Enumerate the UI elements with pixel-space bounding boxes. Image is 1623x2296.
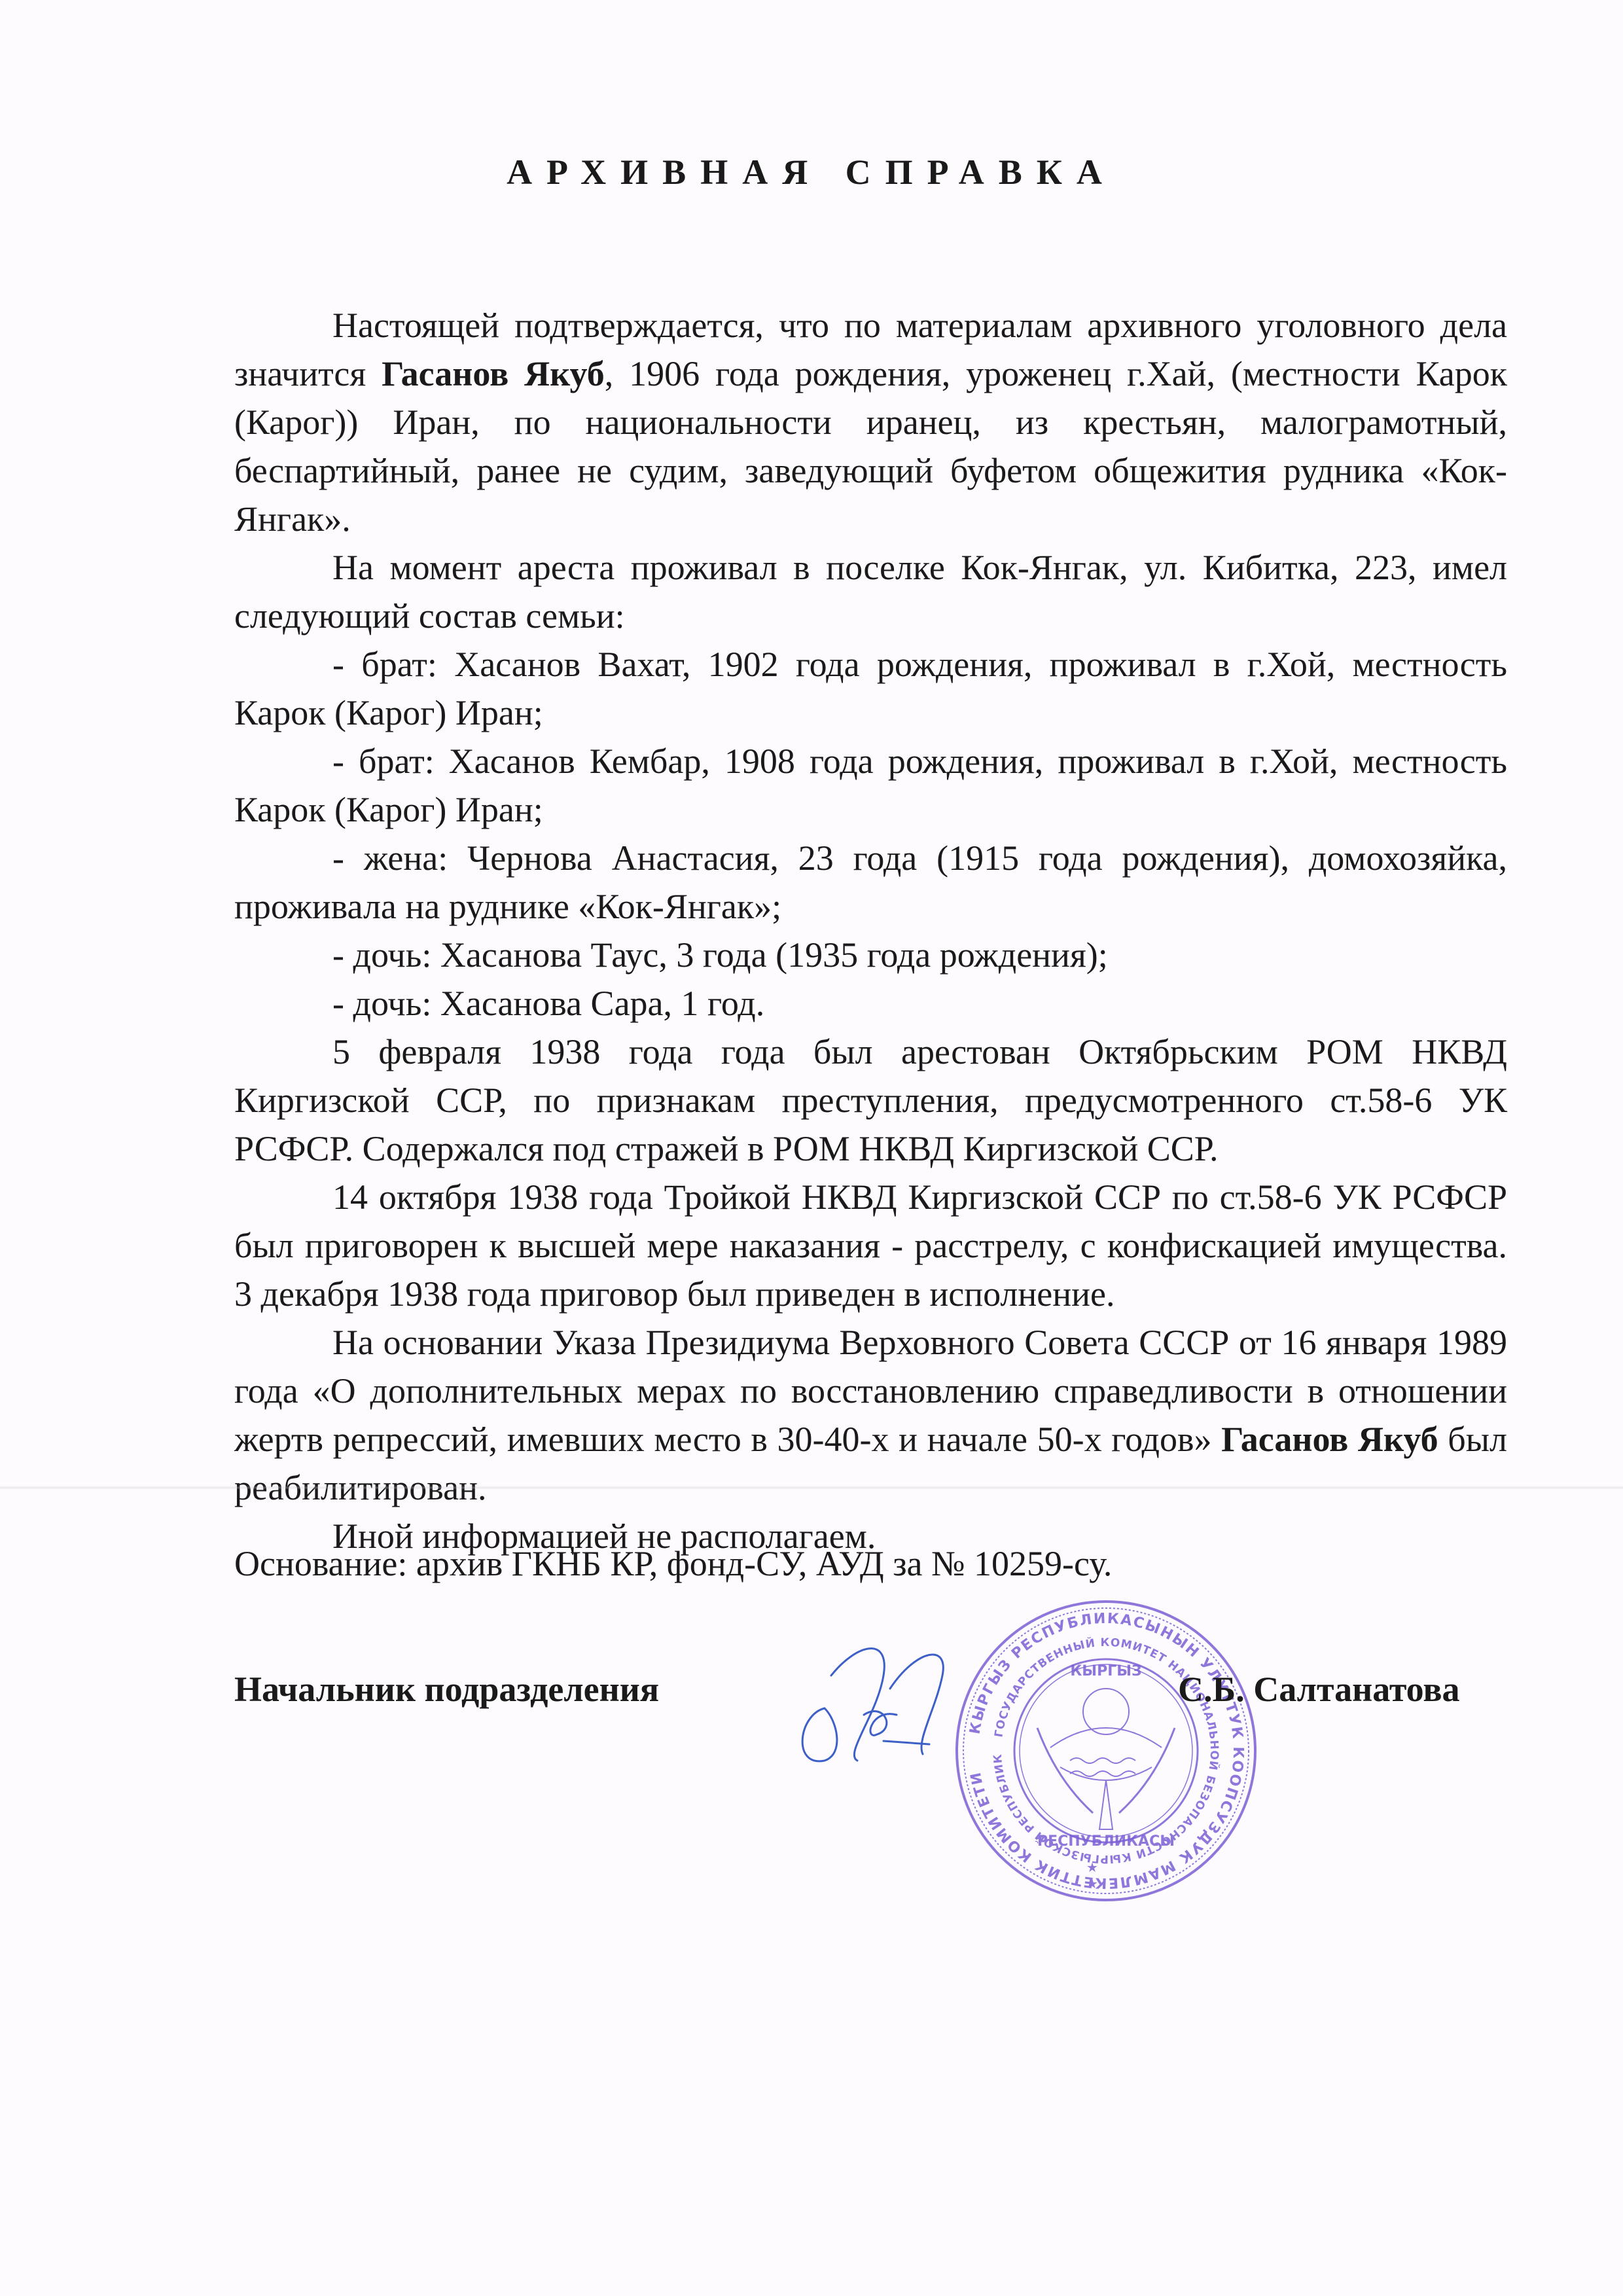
document-paragraph: - дочь: Хасанова Сара, 1 год.	[234, 979, 1507, 1028]
svg-text:РЕСПУБЛИКАСЫ: РЕСПУБЛИКАСЫ	[1037, 1833, 1175, 1850]
handwritten-signature-icon	[785, 1636, 995, 1780]
signer-position: Начальник подразделения	[234, 1669, 659, 1710]
svg-text:★: ★	[1086, 1876, 1098, 1892]
svg-text:★: ★	[1086, 1859, 1098, 1875]
paragraph-text: - дочь: Хасанова Сара, 1 год.	[332, 984, 764, 1023]
document-paragraph: - жена: Чернова Анастасия, 23 года (1915…	[234, 834, 1507, 931]
paragraph-text: - жена: Чернова Анастасия, 23 года (1915…	[234, 838, 1507, 926]
paragraph-text: - брат: Хасанов Кембар, 1908 года рожден…	[234, 742, 1507, 829]
svg-text:КЫРГЫЗ: КЫРГЫЗ	[1070, 1663, 1141, 1679]
document-paragraph: - брат: Хасанов Вахат, 1902 года рождени…	[234, 640, 1507, 737]
signer-name: С.Б. Салтанатова	[1178, 1669, 1460, 1710]
document-body: Настоящей подтверждается, что по материа…	[234, 301, 1507, 1560]
document-paragraph: Настоящей подтверждается, что по материа…	[234, 301, 1507, 543]
document-paragraph: На основании Указа Президиума Верховного…	[234, 1318, 1507, 1512]
official-stamp-icon: КЫРГЫЗ РЕСПУБЛИКАСЫНЫН УЛУТТУК КООПСУЗДУ…	[952, 1597, 1260, 1905]
document-paragraph: 5 февраля 1938 года года был арестован О…	[234, 1028, 1507, 1173]
paragraph-text: На момент ареста проживал в поселке Кок-…	[234, 548, 1507, 636]
archive-basis: Основание: архив ГКНБ КР, фонд-СУ, АУД з…	[234, 1543, 1112, 1584]
paragraph-text: 5 февраля 1938 года года был арестован О…	[234, 1032, 1507, 1168]
person-name: Гасанов Якуб	[1221, 1420, 1438, 1459]
document-paragraph: 14 октября 1938 года Тройкой НКВД Киргиз…	[234, 1173, 1507, 1318]
paper-fold-line	[0, 1486, 1623, 1490]
paragraph-text: 14 октября 1938 года Тройкой НКВД Киргиз…	[234, 1177, 1507, 1314]
document-paragraph: На момент ареста проживал в поселке Кок-…	[234, 543, 1507, 640]
paragraph-text: - брат: Хасанов Вахат, 1902 года рождени…	[234, 645, 1507, 732]
document-paragraph: - дочь: Хасанова Таус, 3 года (1935 года…	[234, 931, 1507, 979]
document-paragraph: - брат: Хасанов Кембар, 1908 года рожден…	[234, 737, 1507, 834]
document-page: АРХИВНАЯ СПРАВКА Настоящей подтверждаетс…	[0, 0, 1623, 2296]
document-title: АРХИВНАЯ СПРАВКА	[0, 152, 1623, 192]
paragraph-text: - дочь: Хасанова Таус, 3 года (1935 года…	[332, 935, 1108, 975]
person-name: Гасанов Якуб	[382, 354, 605, 393]
